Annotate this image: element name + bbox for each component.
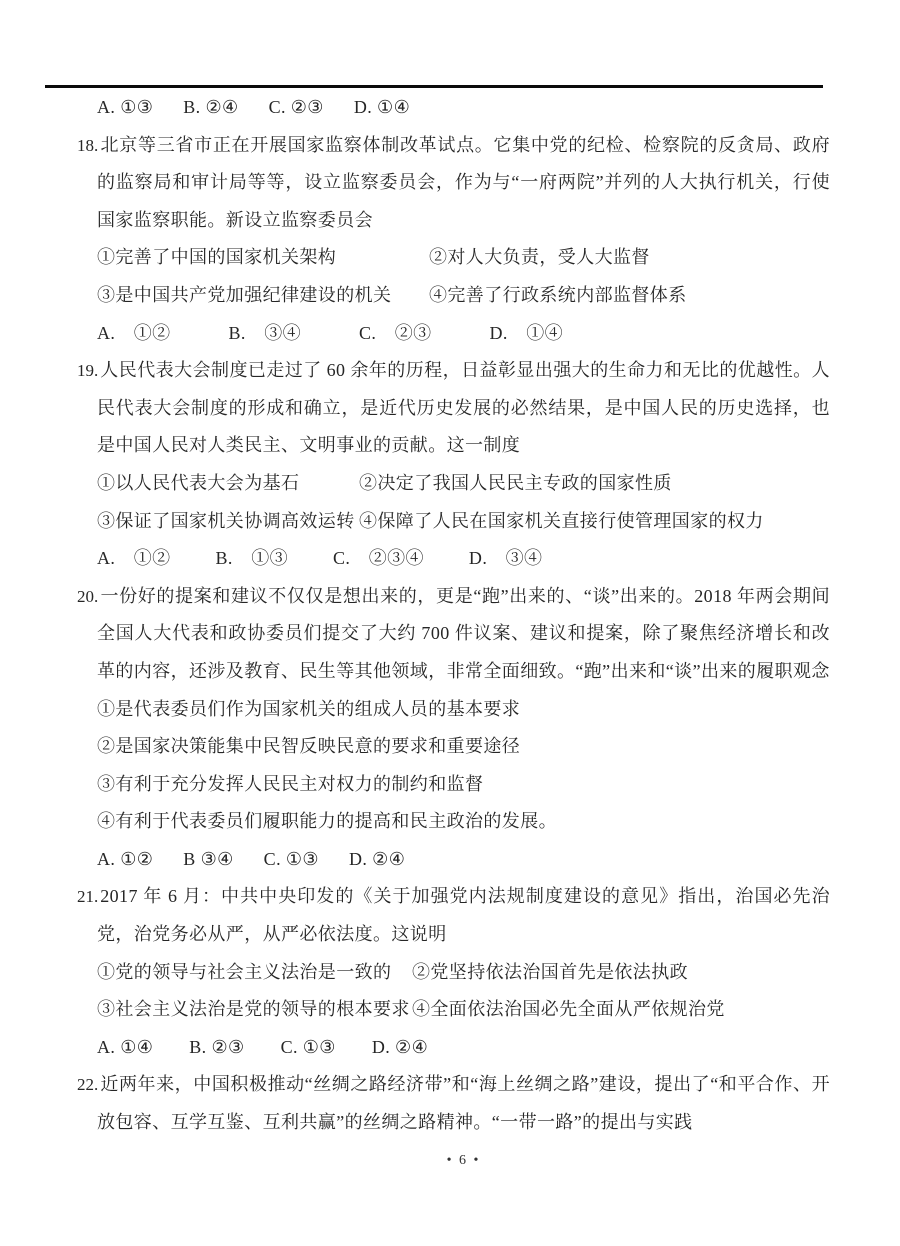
question-stem: 18.北京等三省市正在开展国家监察体制改革试点。它集中党的纪检、检察院的反贪局、… — [97, 127, 830, 240]
question-stem: 20.一份好的提案和建议不仅仅是想出来的，更是“跑”出来的、“谈”出来的。201… — [97, 578, 830, 691]
answer-choice: A. ①④ — [97, 1029, 153, 1067]
answer-choice: A. ①② — [97, 841, 153, 879]
question-22: 22.近两年来，中国积极推动“丝绸之路经济带”和“海上丝绸之路”建设，提出了“和… — [97, 1066, 830, 1141]
answer-choice: B. ③④ — [229, 315, 302, 353]
option-item: ②党坚持依法治国首先是依法执政 — [412, 962, 688, 982]
question-20: 20.一份好的提案和建议不仅仅是想出来的，更是“跑”出来的、“谈”出来的。201… — [97, 578, 830, 879]
option-row: ①党的领导与社会主义法治是一致的②党坚持依法治国首先是依法执政 — [97, 954, 830, 992]
answer-choice: A. ①② — [97, 315, 171, 353]
question-number: 20. — [77, 587, 100, 606]
answer-choice: B ③④ — [183, 841, 233, 879]
answer-choice: C. ②③④ — [333, 540, 424, 578]
answer-choice: D. ②④ — [372, 1029, 428, 1067]
question-19: 19.人民代表大会制度已走过了 60 余年的历程，日益彰显出强大的生命力和无比的… — [97, 352, 830, 578]
option-row: ③社会主义法治是党的领导的根本要求④全面依法治国必先全面从严依规治党 — [97, 991, 830, 1029]
page-number: • 6 • — [97, 1142, 830, 1180]
question-21: 21.2017 年 6 月：中共中央印发的《关于加强党内法规制度建设的意见》指出… — [97, 878, 830, 1066]
answer-line-q18: A. ①② B. ③④ C. ②③ D. ①④ — [97, 315, 830, 353]
answer-choice: D. ①④ — [490, 315, 564, 353]
answer-choice: D. ①④ — [354, 89, 410, 127]
answer-choice: D. ②④ — [349, 841, 405, 879]
option-item: ④全面依法治国必先全面从严依规治党 — [412, 999, 725, 1019]
option-row: ③保证了国家机关协调高效运转④保障了人民在国家机关直接行使管理国家的权力 — [97, 503, 830, 541]
exam-content: A. ①③ B. ②④ C. ②③ D. ①④ 18.北京等三省市正在开展国家监… — [97, 89, 830, 1179]
option-item: ④完善了行政系统内部监督体系 — [429, 285, 687, 305]
option-item: ③保证了国家机关协调高效运转 — [97, 503, 359, 541]
question-stem: 21.2017 年 6 月：中共中央印发的《关于加强党内法规制度建设的意见》指出… — [97, 878, 830, 953]
answer-choice: C. ①③ — [281, 1029, 336, 1067]
option-item: ③社会主义法治是党的领导的根本要求 — [97, 991, 412, 1029]
answer-choice: B. ②③ — [189, 1029, 244, 1067]
question-stem-text: 近两年来，中国积极推动“丝绸之路经济带”和“海上丝绸之路”建设，提出了“和平合作… — [97, 1074, 830, 1132]
option-row: ①完善了中国的国家机关架构②对人大负责，受人大监督 — [97, 239, 830, 277]
question-stem: 22.近两年来，中国积极推动“丝绸之路经济带”和“海上丝绸之路”建设，提出了“和… — [97, 1066, 830, 1141]
answer-choice: C. ②③ — [269, 89, 324, 127]
question-number: 19. — [77, 361, 100, 380]
answer-choice: A. ①③ — [97, 89, 153, 127]
option-item: ③是中国共产党加强纪律建设的机关 — [97, 277, 429, 315]
question-stem-text: 2017 年 6 月：中共中央印发的《关于加强党内法规制度建设的意见》指出，治国… — [97, 886, 830, 944]
option-item: ②对人大负责，受人大监督 — [429, 247, 650, 267]
option-item: ①以人民代表大会为基石 — [97, 465, 359, 503]
answer-line-q19: A. ①② B. ①③ C. ②③④ D. ③④ — [97, 540, 830, 578]
option-item: ②决定了我国人民民主专政的国家性质 — [359, 473, 672, 493]
answer-line-q17: A. ①③ B. ②④ C. ②③ D. ①④ — [97, 89, 830, 127]
answer-choice: A. ①② — [97, 540, 171, 578]
answer-choice: B. ②④ — [183, 89, 238, 127]
option-item: ④有利于代表委员们履职能力的提高和民主政治的发展。 — [97, 803, 830, 841]
option-item: ④保障了人民在国家机关直接行使管理国家的权力 — [359, 511, 764, 531]
question-number: 18. — [77, 136, 100, 155]
question-stem-text: 一份好的提案和建议不仅仅是想出来的，更是“跑”出来的、“谈”出来的。2018 年… — [97, 586, 830, 681]
option-item: ①完善了中国的国家机关架构 — [97, 239, 429, 277]
option-item: ②是国家决策能集中民智反映民意的要求和重要途径 — [97, 728, 830, 766]
question-stem: 19.人民代表大会制度已走过了 60 余年的历程，日益彰显出强大的生命力和无比的… — [97, 352, 830, 465]
exam-document-page: A. ①③ B. ②④ C. ②③ D. ①④ 18.北京等三省市正在开展国家监… — [0, 0, 900, 1246]
answer-line-q21: A. ①④ B. ②③ C. ①③ D. ②④ — [97, 1029, 830, 1067]
answer-choice: C. ①③ — [264, 841, 319, 879]
question-18: 18.北京等三省市正在开展国家监察体制改革试点。它集中党的纪检、检察院的反贪局、… — [97, 127, 830, 353]
question-number: 22. — [77, 1075, 100, 1094]
question-stem-text: 北京等三省市正在开展国家监察体制改革试点。它集中党的纪检、检察院的反贪局、政府的… — [97, 135, 830, 230]
answer-choice: B. ①③ — [216, 540, 289, 578]
answer-choice: C. ②③ — [359, 315, 432, 353]
option-item: ①是代表委员们作为国家机关的组成人员的基本要求 — [97, 691, 830, 729]
option-row: ③是中国共产党加强纪律建设的机关④完善了行政系统内部监督体系 — [97, 277, 830, 315]
question-stem-text: 人民代表大会制度已走过了 60 余年的历程，日益彰显出强大的生命力和无比的优越性… — [97, 360, 830, 455]
option-item: ③有利于充分发挥人民民主对权力的制约和监督 — [97, 766, 830, 804]
question-number: 21. — [77, 887, 100, 906]
page-top-rule — [45, 85, 823, 88]
option-row: ①以人民代表大会为基石②决定了我国人民民主专政的国家性质 — [97, 465, 830, 503]
answer-choice: D. ③④ — [469, 540, 543, 578]
answer-line-q20: A. ①② B ③④ C. ①③ D. ②④ — [97, 841, 830, 879]
option-item: ①党的领导与社会主义法治是一致的 — [97, 954, 412, 992]
